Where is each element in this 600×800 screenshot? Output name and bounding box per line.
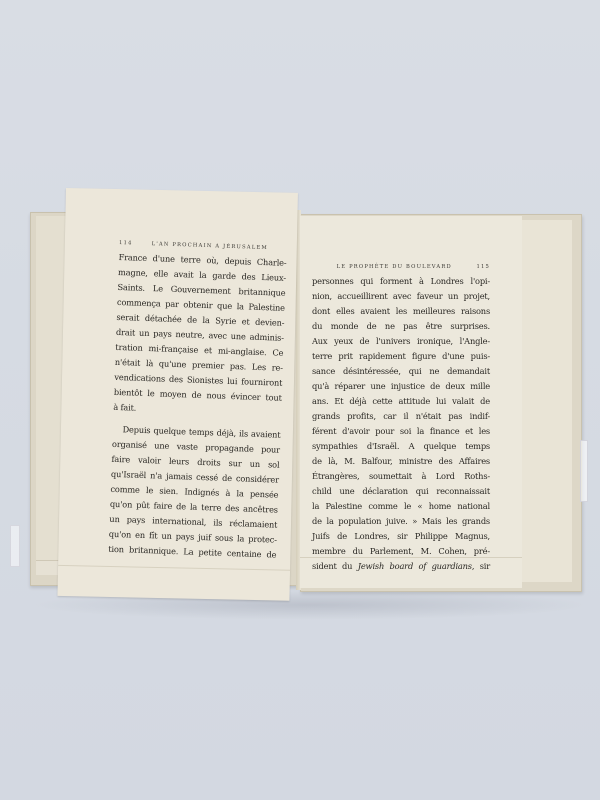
text-line: child une déclaration qui reconnaissait <box>312 484 490 499</box>
text-line: membre du Parlement, M. Cohen, pré- <box>312 544 490 559</box>
italic-phrase: Jewish board of guardians <box>358 561 472 571</box>
text-line: férent d'avoir pour soi la finance et le… <box>312 424 490 439</box>
text-line: qu'à réparer une injustice de deux mille <box>312 379 490 394</box>
text-line: Aux yeux de l'univers ironique, l'Angle- <box>312 334 490 349</box>
text-line: la Palestine comme le « home national <box>312 499 490 514</box>
text-line: sance désintéressée, qui ne demandait <box>312 364 490 379</box>
text-line: nion, accueillirent avec faveur un proje… <box>312 289 490 304</box>
protective-sleeve-right <box>580 440 588 502</box>
right-page-text: LE PROPHÈTE DU BOULEVARD 115 personnes q… <box>312 264 490 574</box>
page-number: 115 <box>476 264 490 270</box>
protective-sleeve-left <box>10 525 20 567</box>
right-page: LE PROPHÈTE DU BOULEVARD 115 personnes q… <box>300 216 522 588</box>
text-line: grands profits, car il n'était pas indif… <box>312 409 490 424</box>
running-head-title: LE PROPHÈTE DU BOULEVARD <box>312 264 476 270</box>
text-line: personnes qui forment à Londres l'opi- <box>312 274 490 289</box>
text-line: du monde de ne pas être surprises. <box>312 319 490 334</box>
text-line: Juifs de Londres, sir Philippe Magnus, <box>312 529 490 544</box>
text-line: terre prit rapidement figure d'une puis- <box>312 349 490 364</box>
left-page: 114 L'AN PROCHAIN A JÉRUSALEM France d'u… <box>57 188 297 601</box>
page-number: 114 <box>119 240 133 246</box>
text-line: sympathies d'Israël. A quelque temps <box>312 439 490 454</box>
text-line: ans. Et déjà cette attitude lui valait d… <box>312 394 490 409</box>
text-line: de la population juive. » Mais les grand… <box>312 514 490 529</box>
text-line: Étrangères, soumettait à Lord Roths- <box>312 469 490 484</box>
running-head: LE PROPHÈTE DU BOULEVARD 115 <box>312 264 490 270</box>
text-line: de là, M. Balfour, ministre des Affaires <box>312 454 490 469</box>
running-head-title: L'AN PROCHAIN A JÉRUSALEM <box>132 240 287 251</box>
text-line-italic: sident du Jewish board of guardians, sir <box>312 559 490 574</box>
text-line: dont elles avaient les meilleures raison… <box>312 304 490 319</box>
left-page-text: 114 L'AN PROCHAIN A JÉRUSALEM France d'u… <box>108 240 287 563</box>
page-fold-line <box>58 565 290 571</box>
